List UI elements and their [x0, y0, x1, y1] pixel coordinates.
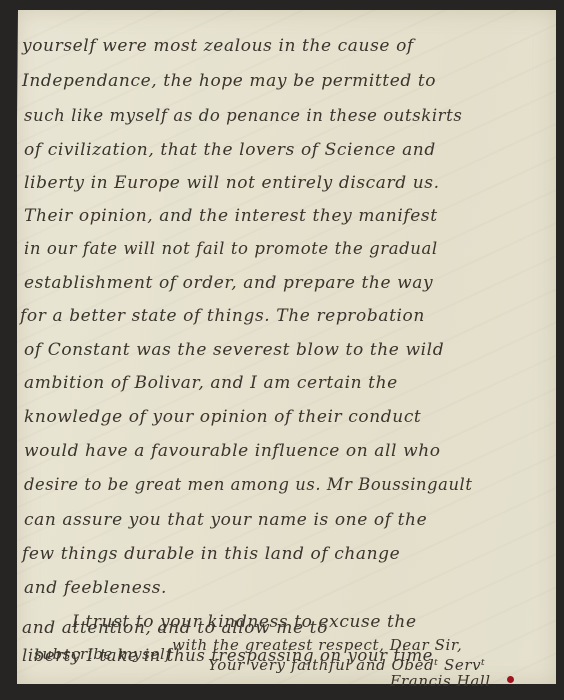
letter-line-16: few things durable in this land of chang…	[22, 544, 400, 564]
letter-line-12: knowledge of your opinion of their condu…	[24, 407, 421, 427]
red-wax-dot	[507, 676, 514, 683]
letter-line-9: for a better state of things. The reprob…	[20, 306, 425, 326]
letter-line-20: and attention, and to allow me to	[22, 618, 328, 638]
letter-line-10: of Constant was the severest blow to the…	[24, 340, 444, 360]
signature: Francis Hall	[390, 672, 491, 690]
letter-line-7: in our fate will not fail to promote the…	[24, 239, 438, 259]
letter-line-17: and feebleness.	[24, 578, 167, 598]
letter-line-4: of civilization, that the lovers of Scie…	[24, 140, 436, 160]
letter-line-8: establishment of order, and prepare the …	[24, 273, 433, 293]
letter-line-3: such like myself as do penance in these …	[24, 106, 462, 126]
letter-line-1: yourself were most zealous in the cause …	[22, 36, 414, 56]
letter-line-2: Independance, the hope may be permitted …	[22, 71, 436, 91]
letter-line-5: liberty in Europe will not entirely disc…	[24, 173, 440, 193]
letter-line-14: desire to be great men among us. Mr Bous…	[24, 475, 473, 495]
closing-salutation: with the greatest respect, Dear Sir,	[172, 636, 462, 654]
letter-line-6: Their opinion, and the interest they man…	[24, 206, 438, 226]
letter-line-21: subscribe myself	[34, 645, 172, 663]
letter-line-13: would have a favourable influence on all…	[24, 441, 441, 461]
letter-line-11: ambition of Bolivar, and I am certain th…	[24, 373, 398, 393]
letter-line-15: can assure you that your name is one of …	[24, 510, 427, 530]
